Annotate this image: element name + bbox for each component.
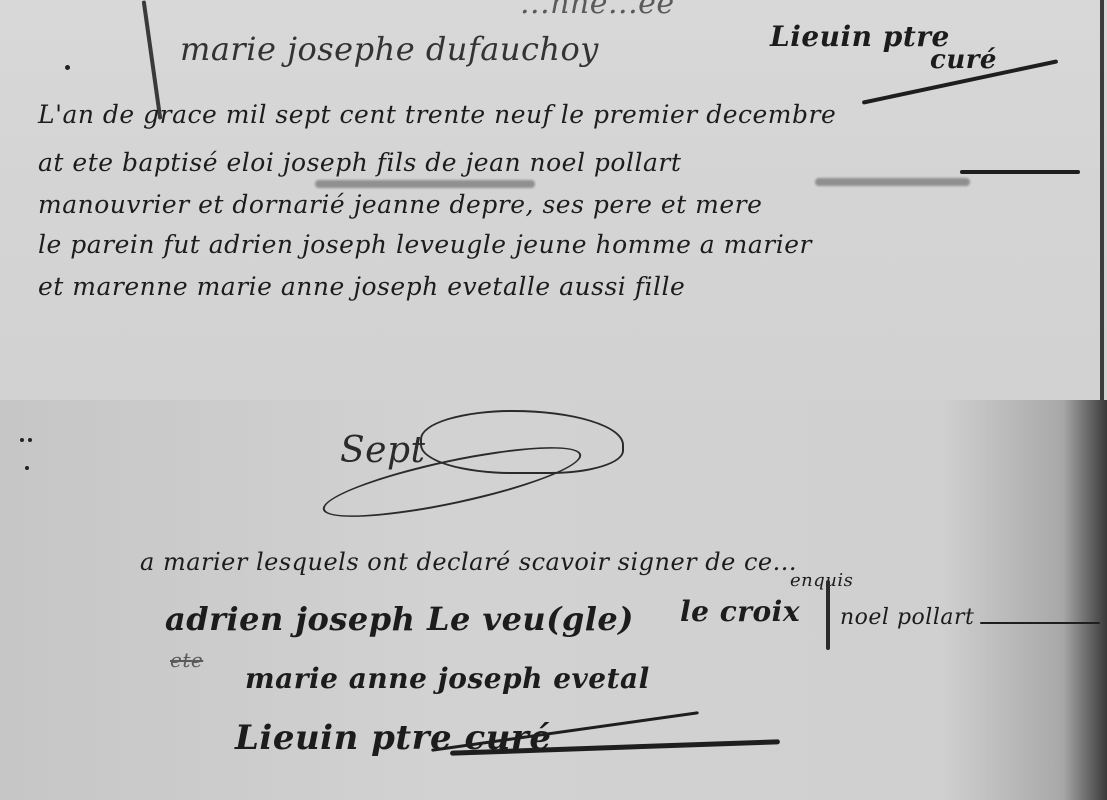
ink-dot [20,438,24,442]
record-line-5: et marenne marie anne joseph evetalle au… [38,272,685,301]
father-name: noel pollart [840,605,974,630]
godmother-signature: marie anne joseph evetal [245,662,650,695]
line-end-stroke [980,622,1100,624]
father-cross-mark: le croix [680,595,800,628]
record-line-4: le parein fut adrien joseph leveugle jeu… [38,230,812,259]
record-line-1: L'an de grace mil sept cent trente neuf … [38,100,836,129]
header-fragment: ...nne...ee [520,0,675,21]
ink-smudge [315,180,535,188]
struck-word: ete [170,648,203,672]
line-end-stroke [960,170,1080,174]
interlinear-note: enquis [790,570,853,591]
ink-smudge [815,178,970,186]
page-edge [1100,0,1104,400]
priest-signature: Lieuin ptre [770,20,950,53]
ink-dot [65,65,70,70]
ink-dot [25,466,29,470]
register-scan-bottom: Sept a marier lesquels ont declaré scavo… [0,400,1107,800]
cross-mark-stroke [826,580,830,650]
signature-mark: Sept [340,430,425,471]
ink-dot [28,438,32,442]
register-scan-top: ...nne...ee marie josephe dufauchoy Lieu… [0,0,1107,400]
godmother-name-line: marie josephe dufauchoy [180,30,599,68]
record-line-2: at ete baptisé eloi joseph fils de jean … [38,148,681,177]
closing-line-1: a marier lesquels ont declaré scavoir si… [140,548,797,576]
godfather-signature: adrien joseph Le veu(gle) [165,600,634,638]
record-line-3: manouvrier et dornarié jeanne depre, ses… [38,190,762,219]
cure-title: curé [930,45,997,75]
